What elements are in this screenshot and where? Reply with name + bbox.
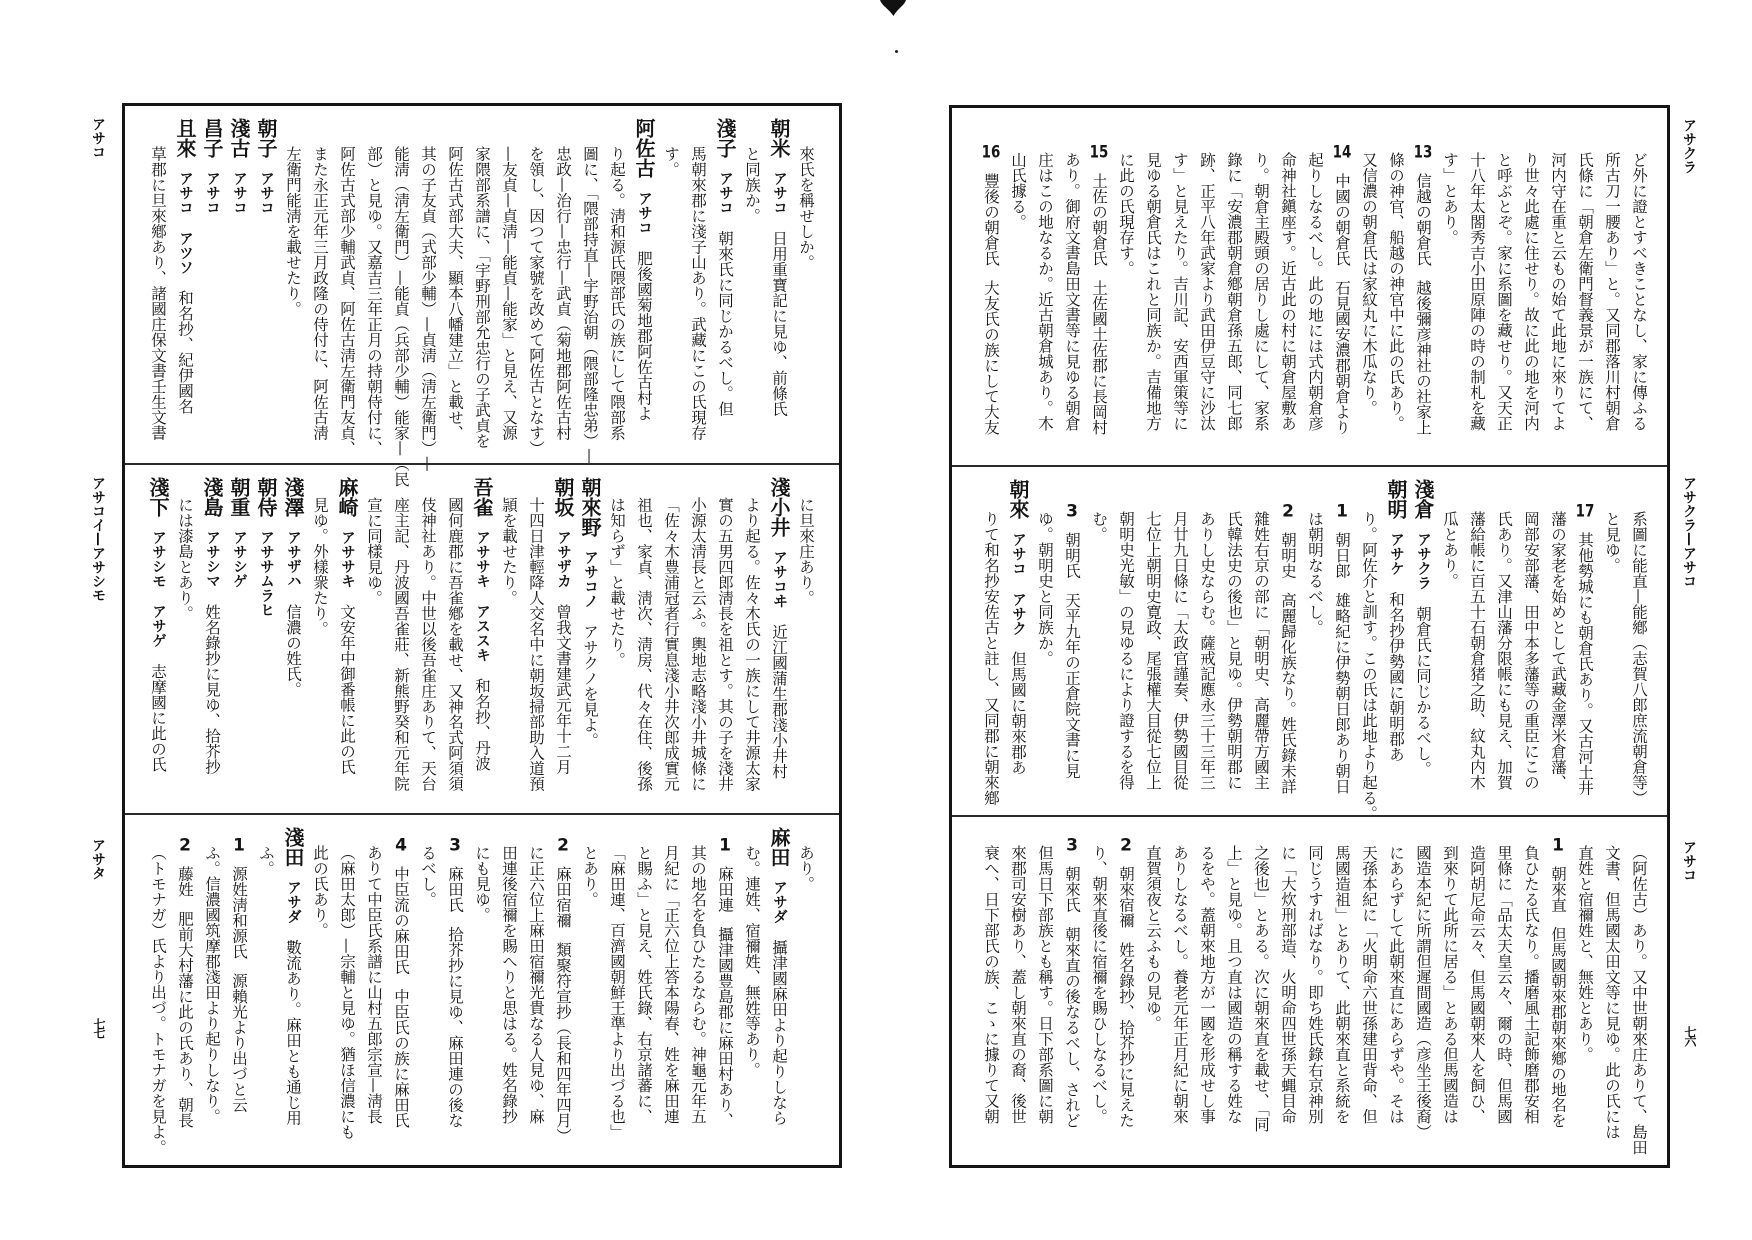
body-text: 土佐國土佐郡に長岡村 [1090,280,1108,435]
right-page-frame: ど外に證とすべきことなし、家に傳ふる所古刀一腰あり」と。又同郡落川村朝倉氏條に「… [949,105,1670,1168]
body-text: 源賴光より出づと云 [230,973,248,1113]
sub-entry-column: 17其他勢城にも朝倉氏あり。又古河土井 [1571,467,1598,815]
text-column: 氏あり。又津山藩分限帳にも見え、加賀 [1490,467,1517,815]
sub-entry-heading: 信越の朝倉氏 [1414,173,1432,266]
sub-entry-heading: 源姓淸和源氏 [230,866,248,959]
text-column: り。阿佐介と訓す。この氏は此地より起る。 [1355,467,1382,815]
body-text: 日用重寶記に見ゆ、前條氏 [770,231,788,417]
sub-entry-number: 1 [715,837,735,854]
body-text: 部）と見ゆ。又嘉吉三年正月の持朝侍付に、 [365,146,383,456]
text-column: 藩の家老を始めとして武藏金澤米倉藩、 [1544,467,1571,815]
text-column: また永正元年三月政隆の侍付に、阿佐古淸 [306,106,333,463]
text-column: るをや。蓋朝來地方が一國を形成せし事 [1193,817,1220,1165]
sub-entry-heading: 朝來氏 [1063,866,1081,913]
body-text: 負ひたる氏なり。播磨風土記飾磨郡安相 [1522,845,1540,1124]
text-column: 田連後宿禰を賜へりと思はる。姓名錄抄 [495,815,522,1165]
right-margin-label-top: アサクラ [1679,118,1699,174]
body-text: より起る。佐々木氏の一族にして井源太家 [743,497,761,792]
entry-reading: アササキ [339,530,355,588]
body-text: 雄略紀に伊勢朝日郎あり朝日 [1333,593,1351,795]
body-text: るべし。 [419,845,437,907]
text-column: と見ゆ。 [1598,467,1625,815]
body-text: 頴を載せたり。 [500,497,518,606]
body-text: 但馬國に朝來郡あ [1009,651,1027,775]
body-text: 系圖に能直—能鄕（志賀八郎庶流朝倉等） [1630,511,1648,806]
body-text: 座主記、丹波國吾雀莊、新熊野癸和元年院 [392,497,410,792]
entry-column: 朝明アサケ和名抄伊勢國に朝明郡あ [1382,467,1409,815]
sub-entry-column: 1源姓淸和源氏源賴光より出づと云 [225,815,252,1165]
body-text: また永正元年三月政隆の侍付に、阿佐古淸 [311,146,329,441]
column-flow: ど外に證とすべきことなし、家に傳ふる所古刀一腰あり」と。又同郡落川村朝倉氏條に「… [952,108,1667,465]
body-text: 攝津國豊島郡に麻田村あり、 [716,927,734,1129]
sub-entry-number: 15 [1089,144,1109,161]
entry-column: 朝來アサコアサク但馬國に朝來郡あ [1004,467,1031,815]
entry-column: 淺澤アサザハ信濃の姓氏。 [279,465,306,813]
sub-entry-column: 3朝明氏天平九年の正倉院文書に見 [1058,467,1085,815]
text-column: 同じうすればなり。即ち姓氏錄右京神別 [1301,817,1328,1165]
entry-headword: 朝重 [227,477,251,517]
entry-headword: 朝明 [1384,479,1408,519]
body-text: にも見ゆ。 [473,845,491,923]
text-column: 庄はこの地なるか。近古朝倉城あり。木 [1031,108,1058,465]
text-column: 里條に「品太天皇云々、爾の時、但馬國 [1490,817,1517,1165]
body-text: 上」と見ゆ。且つ直は國造の稱する姓な [1225,845,1243,1124]
text-column: 系圖に能直—能鄕（志賀八郎庶流朝倉等） [1625,467,1652,815]
entry-headword: 朝侍 [254,477,278,517]
text-column: 部）と見ゆ。又嘉吉三年正月の持朝侍付に、 [360,106,387,463]
text-column: 所古刀一腰あり」と。又同郡落川村朝倉 [1598,108,1625,465]
sub-entry-heading: 中國の朝倉氏 [1333,173,1351,266]
sub-entry-number: 3 [1062,837,1082,854]
body-text: 祖也、家貞、淸次、淸房、代々在住、後孫 [635,497,653,792]
entry-reading: アサシモ [150,530,166,588]
entry-column: 朝侍アササムラヒ [252,465,279,813]
text-column: と同族か。 [738,106,765,463]
sub-entry-column: 2朝來宿禰姓名錄抄、拾芥抄に見えた [1112,817,1139,1165]
body-text: す」とあり。 [1441,152,1459,245]
sub-entry-number: 16 [981,144,1001,161]
text-column: と呼ぶとぞ。家に系圖を藏せり。又天正 [1490,108,1517,465]
body-text: 見ゆ。外樣衆たり。 [311,497,329,637]
body-text: 朝來氏に同じかるべし。但 [716,231,734,417]
entry-reading: アサザカ [555,530,571,588]
body-text: 「麻田連、百濟國朝鮮王準より出づる也」 [608,845,626,1140]
entry-reading: アサザハ [285,530,301,588]
body-text: りて和名抄安佐古と註し、又同郡に朝來鄕 [982,511,1000,806]
entry-column: 淺小井アサコヰ近江國蒲生郡淺小井村 [765,465,792,813]
entry-reading: アサコ [771,171,787,215]
entry-headword: 阿佐古 [632,118,656,178]
entry-reading: アススキ [474,604,490,662]
body-text: 其の子友貞（式部少輔）—貞淸（淸左衛門）— [419,146,437,472]
text-column: を領し、因つて家號を改めて阿佐古となす） [522,106,549,463]
body-text: 能淸（淸左衛門）—能貞（兵部少輔）能家—（民 [392,146,410,487]
entry-column: 麻田アサダ攝津國麻田より起りしなら [765,815,792,1165]
body-text: 之後也」とある。次に朝來直を載せ、「同 [1252,845,1270,1132]
body-text: と見ゆ。 [1603,511,1621,573]
text-column: は知らず」と載せたり。 [603,465,630,813]
text-column: 座主記、丹波國吾雀莊、新熊野癸和元年院 [387,465,414,813]
text-column: 造阿胡尼命云々、但馬國朝來人を飼ひ、 [1463,817,1490,1165]
body-text: 天孫本紀に「火明命六世孫建田背命、但 [1360,845,1378,1124]
text-column: 實の五男四郎淸長を祖とす。其の子を淺井 [711,465,738,813]
text-column: （阿佐古）あり。又中世朝來庄ありて、島田 [1625,817,1652,1165]
body-text: 宣に同樣見ゆ。 [365,497,383,606]
body-text: 同じうすればなり。即ち姓氏錄右京神別 [1306,845,1324,1124]
text-column: 其の地名を負ひたるならむ。神龜元年五 [684,815,711,1165]
right-margin-label-middle: アサクラ—アサコ [1679,476,1699,588]
entry-column: 吾雀アササキアススキ和名抄、丹波 [468,465,495,813]
body-text: 氏條に「朝倉左衛門督義景が一族にて、 [1576,152,1594,431]
text-column: 岡部安部藩、田中本多藩等の重臣にこの [1517,467,1544,815]
entry-column: 朝子アサコ [252,106,279,463]
body-text: 見ゆる朝倉氏はこれと同族か。吉備地方 [1144,152,1162,431]
text-column: より起る。佐々木氏の一族にして井源太家 [738,465,765,813]
text-column: ありて中臣氏系譜に山村五郎宗宣—淸長 [360,815,387,1165]
sub-entry-number: 2 [553,837,573,854]
body-text: 肥前大村藩に此の氏あり、朝長 [176,911,194,1128]
body-text: あり。 [797,845,815,892]
text-column: 十四日津輕降人交名中に朝坂掃部助入道預 [522,465,549,813]
text-column: 忠政—治行—忠行—武貞（菊地郡阿佐古村 [549,106,576,463]
body-text: す。 [662,146,680,177]
body-text: り世々此處に住せり。故に此の地を河内 [1522,152,1540,431]
text-column: 上」と見ゆ。且つ直は國造の稱する姓な [1220,817,1247,1165]
right-section-top: ど外に證とすべきことなし、家に傳ふる所古刀一腰あり」と。又同郡落川村朝倉氏條に「… [952,108,1667,465]
text-column: り起る。淸和源氏隈部氏の族にして隈部系 [603,106,630,463]
text-column: ど外に證とすべきことなし、家に傳ふる [1625,108,1652,465]
body-text: り起る。淸和源氏隈部氏の族にして隈部系 [608,146,626,441]
sub-entry-heading: 朝明氏 [1063,532,1081,579]
text-column: 月廿九日條に「太政官謹奏、伊勢國目從 [1166,467,1193,815]
body-text: 和名抄伊勢國に朝明郡あ [1387,592,1405,763]
text-column: 氏韓法史の後也」と見ゆ。伊勢朝明郡に [1220,467,1247,815]
body-text: 山氏據る。 [1009,152,1027,230]
entry-column: 淺子アサコ朝來氏に同じかるべし。但 [711,106,738,463]
text-column: にあらずして此朝來直にあらずや。そは [1382,817,1409,1165]
column-flow: 來氏を稱せしか。朝米アサコ日用重寶記に見ゆ、前條氏と同族か。淺子アサコ朝來氏に同… [125,106,839,463]
text-column: 家隈部系譜に、「宇野刑部允忠行の子武貞を [468,106,495,463]
entry-column: 阿佐古アサコ肥後國菊地郡阿佐古村よ [630,106,657,463]
entry-column: 朝來野アサコノアサクノを見よ。 [576,465,603,813]
entry-headword: 朝來野 [578,477,602,537]
body-text: 朝來直の後なるべし、されど [1063,927,1081,1129]
text-column: に旦來庄あり。 [792,465,819,813]
sub-entry-number: 17 [1575,503,1595,520]
body-text: 直賀須夜と云ふもの見ゆ。 [1144,845,1162,1031]
sub-entry-number: 14 [1332,144,1352,161]
text-column: 此の氏あり。 [306,815,333,1165]
body-text: 所古刀一腰あり」と。又同郡落川村朝倉 [1603,152,1621,431]
body-text: 伎神社あり。中世以後吾雀庄ありて、天台 [419,497,437,792]
body-text: 造阿胡尼命云々、但馬國朝來人を飼ひ、 [1468,845,1486,1124]
text-column: む。 [1085,467,1112,815]
sub-entry-column: 1朝來直但馬國朝來郡朝來鄕の地名を [1544,817,1571,1165]
body-text: 氏韓法史の後也」と見ゆ。伊勢朝明郡に [1225,511,1243,790]
entry-headword: 麻崎 [335,477,359,517]
text-column: 阿佐古式部少輔武貞、阿佐古淸左衛門友貞、 [333,106,360,463]
text-column: り世々此處に住せり。故に此の地を河内 [1517,108,1544,465]
column-flow: 系圖に能直—能鄕（志賀八郎庶流朝倉等）と見ゆ。17其他勢城にも朝倉氏あり。又古河… [952,467,1667,815]
body-text: 姓名錄抄、拾芥抄に見えた [1117,942,1135,1128]
column-flow: に旦來庄あり。淺小井アサコヰ近江國蒲生郡淺小井村より起る。佐々木氏の一族にして井… [125,465,839,813]
body-text: あり。御府文書島田文書等に見ゆる朝倉 [1063,152,1081,431]
entry-reading: アサクラ [1415,532,1431,590]
sub-entry-column: 2藤姓肥前大村藩に此の氏あり、朝長 [171,815,198,1165]
body-text: 大友氏の族にして大友 [982,280,1000,435]
text-column: 馬朝來郡に淺子山あり。武藏にこの氏現存 [684,106,711,463]
text-column: には漆島とあり。 [171,465,198,813]
body-text: む。 [1090,511,1108,542]
body-text: 中臣氏の族に麻田氏 [392,989,410,1129]
entry-column: 麻崎アササキ文安年中御番帳に此の氏 [333,465,360,813]
entry-reading: アササムラヒ [258,530,274,617]
entry-column: 淺下アサシモアサゲ志摩國に此の氏 [144,465,171,813]
right-page-number: 七六 [1682,1026,1698,1044]
body-text: 實の五男四郎淸長を祖とす。其の子を淺井 [716,497,734,792]
body-text: 朝倉氏に同じかるべし。 [1414,606,1432,777]
entry-reading: アサコ [231,171,247,215]
text-column: 直姓と宿禰姓と、無姓とあり。 [1571,817,1598,1165]
text-column: 七位上朝明史寛政、尾張權大目從七位上 [1139,467,1166,815]
body-text: 近江國蒲生郡淺小井村 [770,624,788,779]
entry-headword: 且來 [173,118,197,158]
text-column: 草郡に旦來鄕あり、諸國庄保文書壬生文書 [144,106,171,463]
text-column: （トモナガ）氏より出づ。トモナガを見よ。 [144,815,171,1165]
body-text: 其他勢城にも朝倉氏あり。又古河土井 [1576,532,1594,796]
body-text: に此の氏現存す。 [1117,152,1135,276]
body-text: 家隈部系譜に、「宇野刑部允忠行の子武貞を [473,146,491,448]
text-column: るべし。 [414,815,441,1165]
body-text: 來郡司安樹あり、蓋し朝來直の裔、後世 [1009,845,1027,1124]
body-text: 石見國安濃郡朝倉より [1333,280,1351,435]
entry-reading: アサダ [285,880,301,924]
body-text: 馬國造祖」とありて、此朝來直と系統を [1333,845,1351,1124]
entry-column: 昌子アサコ [198,106,225,463]
body-text: 天平九年の正倉院文書に見 [1063,593,1081,779]
body-text: と呼ぶとぞ。家に系圖を藏せり。又天正 [1495,152,1513,431]
sub-entry-column: 14中國の朝倉氏石見國安濃郡朝倉より [1328,108,1355,465]
body-text: 「佐々木豊浦冠者行實息淺小井次郎成實元 [662,497,680,792]
column-flow: あり。麻田アサダ攝津國麻田より起りしならむ。連姓、宿禰姓、無姓等あり。1麻田連攝… [125,815,839,1165]
text-column: 負ひたる氏なり。播磨風土記飾磨郡安相 [1517,817,1544,1165]
body-text: 文安年中御番帳に此の氏 [338,604,356,775]
column-flow: （阿佐古）あり。又中世朝來庄ありて、島田文書、但馬國太田文等に見ゆ。此の氏には直… [952,817,1667,1165]
entry-headword: 淺小井 [767,477,791,537]
text-column: 條の神官、船越の神官中に此の氏あり。 [1382,108,1409,465]
text-column: ふ。信濃國筑摩郡淺田より起りしなり。 [198,815,225,1165]
body-text: に「大炊刑部造、火明命四世孫天蝿目命 [1279,845,1297,1124]
text-column: 但馬日下部族とも稱す。日下部系圖に朝 [1031,817,1058,1165]
body-text: 越後彌彦神社の社家上 [1414,280,1432,435]
text-column: 起りしなるべし。此の地には式内朝倉彦 [1301,108,1328,465]
left-section-bottom: あり。麻田アサダ攝津國麻田より起りしならむ。連姓、宿禰姓、無姓等あり。1麻田連攝… [125,813,839,1165]
sub-entry-heading: 麻田氏 [446,866,464,913]
text-column: あり。御府文書島田文書等に見ゆる朝倉 [1058,108,1085,465]
sub-entry-heading: 朝日郎 [1333,532,1351,579]
body-text: 數流あり。麻田とも通じ用 [284,940,302,1126]
body-text: 七位上朝明史寛政、尾張權大目從七位上 [1144,511,1162,790]
text-column: り。朝倉主殿頭の居りし處にして、家系 [1247,108,1274,465]
entry-column: 朝重アサシゲ [225,465,252,813]
entry-headword: 淺下 [146,477,170,517]
body-text: 肥後國菊地郡阿佐古村よ [635,251,653,422]
entry-reading: アサシゲ [231,530,247,588]
entry-headword: 淺古 [227,118,251,158]
body-text: 錄に「安濃郡朝倉鄕朝倉孫五郎、同七郎 [1225,152,1243,431]
text-column: 左衛門能淸を載せたり。 [279,106,306,463]
body-text: 朝明史光敏」の見ゆるにより證するを得 [1117,511,1135,790]
body-text: 信濃の姓氏。 [284,604,302,697]
sub-entry-column: 3朝來氏朝來直の後なるべし、されど [1058,817,1085,1165]
body-text: 河内守在重と云もの始て此地に來りてよ [1549,152,1567,431]
entry-column: 淺古アサコ [225,106,252,463]
text-column: す」と見えたり。吉川記、安西軍策等に [1166,108,1193,465]
sub-entry-column: 2朝明史高麗歸化族なり。姓氏錄未詳 [1274,467,1301,815]
sub-entry-column: 15土佐の朝倉氏土佐國土佐郡に長岡村 [1085,108,1112,465]
body-text: 十八年太閤秀吉小田原陣の時の制札を藏 [1468,152,1486,431]
left-page-number: 七七 [91,1018,107,1036]
text-column: 其の子友貞（式部少輔）—貞淸（淸左衛門）— [414,106,441,463]
body-text: 忠政—治行—忠行—武貞（菊地郡阿佐古村 [554,146,572,441]
body-text: 曾我文書建武元年十二月 [554,604,572,775]
body-text: 志摩國に此の氏 [149,664,167,773]
sub-entry-number: 2 [1278,503,1298,520]
sub-entry-column: 1麻田連攝津國豊島郡に麻田村あり、 [711,815,738,1165]
entry-reading: アサコ [717,171,733,215]
body-text: ありて中臣氏系譜に山村五郎宗宣—淸長 [365,845,383,1124]
entry-reading: アサク [1010,592,1026,636]
body-text: ゆ。朝明史と同族か。 [1036,511,1054,666]
right-margin-label-bottom: アサコ [1679,840,1699,882]
text-column: 宣に同樣見ゆ。 [360,465,387,813]
entry-headword: 麻田 [767,827,791,867]
text-column: 馬國造祖」とありて、此朝來直と系統を [1328,817,1355,1165]
top-center-mark-icon [878,0,908,18]
body-text: 草郡に旦來鄕あり、諸國庄保文書壬生文書 [149,146,167,441]
text-column: （麻田太郎）—宗輔と見ゆ。猶ほ信濃にも [333,815,360,1165]
text-column: りて和名抄安佐古と註し、又同郡に朝來鄕 [977,467,1004,815]
body-text: 阿佐古式部少輔武貞、阿佐古淸左衛門友貞、 [338,146,356,456]
entry-column: 淺島アサシマ姓名錄抄に見ゆ、拾芥抄 [198,465,225,813]
body-text: 拾芥抄に見ゆ、麻田連の後な [446,927,464,1129]
text-column: 山氏據る。 [1004,108,1031,465]
body-text: に旦來庄あり。 [797,497,815,606]
body-text: 衰へ、日下部氏の族、こゝに據りて又朝 [982,845,1000,1124]
text-column: は朝明なるべし。 [1301,467,1328,815]
text-column: 文書、但馬國太田文等に見ゆ。此の氏には [1598,817,1625,1165]
entry-headword: 朝米 [767,118,791,158]
body-text: 直姓と宿禰姓と、無姓とあり。 [1576,845,1594,1062]
entry-reading: アサコノ [582,550,598,608]
text-column: 錄に「安濃郡朝倉鄕朝倉孫五郎、同七郎 [1220,108,1247,465]
text-column: とあり。 [576,815,603,1165]
text-column: 到來りて此所に居る」とある但馬國造は [1436,817,1463,1165]
body-text: ふ。 [257,845,275,876]
text-column: り、朝來直後に宿禰を賜ひしなるべし。 [1085,817,1112,1165]
body-text: 條の神官、船越の神官中に此の氏あり。 [1387,152,1405,431]
right-section-bottom: （阿佐古）あり。又中世朝來庄ありて、島田文書、但馬國太田文等に見ゆ。此の氏には直… [952,815,1667,1165]
text-column: 月紀に「正六位上答本陽春、姓を麻田連 [657,815,684,1165]
body-text: ありし史ならむ。薩戒記應永三十三年三 [1198,511,1216,790]
entry-column: 且來アサコアツソ和名抄、紀伊國名 [171,106,198,463]
body-text: 此の氏あり。 [311,845,329,938]
body-text: 圖に、「隈部持直—宇野治朝（隈部隆忠弟）— [581,146,599,464]
body-text: アサクノを見よ。 [581,624,599,748]
body-text: 岡部安部藩、田中本多藩等の重臣にこの [1522,511,1540,790]
body-text: 又信濃の朝倉氏は家紋丸に木瓜なり。 [1360,152,1378,416]
body-text: （麻田太郎）—宗輔と見ゆ。猶ほ信濃にも [338,845,356,1140]
text-column: —友貞—貞淸—能貞—能家」と見え、又源 [495,106,522,463]
entry-column: 朝坂アサザカ曾我文書建武元年十二月 [549,465,576,813]
text-column: 命神社鎭座す。近古此の村に朝倉屋敷あ [1274,108,1301,465]
entry-reading: アツソ [177,231,193,275]
sub-entry-number: 13 [1413,144,1433,161]
entry-reading: アサダ [771,880,787,924]
text-column: 十八年太閤秀吉小田原陣の時の制札を藏 [1463,108,1490,465]
text-column: 河内守在重と云もの始て此地に來りてよ [1544,108,1571,465]
body-text: 其の地名を負ひたるならむ。神龜元年五 [689,845,707,1124]
text-column: 雜姓右京の部に「朝明史、高麗帶方國主 [1247,467,1274,815]
text-column: 祖也、家貞、淸次、淸房、代々在住、後孫 [630,465,657,813]
sub-entry-column: 13信越の朝倉氏越後彌彦神社の社家上 [1409,108,1436,465]
left-margin-label-middle: アサコイ—アサシモ [88,476,108,602]
sub-entry-heading: 朝來宿禰 [1117,866,1135,928]
body-text: 起りしなるべし。此の地には式内朝倉彦 [1306,152,1324,431]
text-column: 國何鹿郡に吾雀鄕を載せ、又神名式阿須須 [441,465,468,813]
text-column: ゆ。朝明史と同族か。 [1031,467,1058,815]
sub-entry-number: 4 [391,837,411,854]
text-column: 阿佐古式部大夫、顯本八幡建立」と載せ、 [441,106,468,463]
sub-entry-heading: 麻田連 [716,866,734,913]
entry-headword: 朝來 [1006,479,1030,519]
text-column: 伎神社あり。中世以後吾雀庄ありて、天台 [414,465,441,813]
body-text: り。朝倉主殿頭の居りし處にして、家系 [1252,152,1270,431]
text-column: 又信濃の朝倉氏は家紋丸に木瓜なり。 [1355,108,1382,465]
body-text: り、朝來直後に宿禰を賜ひしなるべし。 [1090,845,1108,1124]
text-column: ありし史ならむ。薩戒記應永三十三年三 [1193,467,1220,815]
sub-entry-number: 2 [1116,837,1136,854]
text-column: ありしなるべし。養老元年正月紀に朝來 [1166,817,1193,1165]
body-text: と同族か。 [743,146,761,224]
sub-entry-number: 2 [175,837,195,854]
sub-entry-column: 1朝日郎雄略紀に伊勢朝日郎あり朝日 [1328,467,1355,815]
body-text: と賜ふ」と見え、姓氏錄、右京諸蕃に、 [635,845,653,1124]
entry-headword: 吾雀 [470,477,494,517]
entry-headword: 朝子 [254,118,278,158]
entry-headword: 淺田 [281,827,305,867]
text-column: に「大炊刑部造、火明命四世孫天蝿目命 [1274,817,1301,1165]
text-column: 來郡司安樹あり、蓋し朝來直の裔、後世 [1004,817,1031,1165]
body-text: 高麗歸化族なり。姓氏錄未詳 [1279,593,1297,795]
body-text: 庄はこの地なるか。近古朝倉城あり。木 [1036,152,1054,431]
sub-entry-heading: 豐後の朝倉氏 [982,173,1000,266]
body-text: り。阿佐介と訓す。この氏は此地より起る。 [1360,511,1378,821]
body-text: るをや。蓋朝來地方が一國を形成せし事 [1198,845,1216,1124]
entry-reading: アサゲ [150,604,166,648]
body-text: 和名抄、紀伊國名 [176,290,194,414]
sub-entry-number: 1 [1332,503,1352,520]
body-text: に正六位上麻田宿禰光貴なる人見ゆ、麻 [527,845,545,1124]
text-column: 朝明史光敏」の見ゆるにより證するを得 [1112,467,1139,815]
entry-headword: 昌子 [200,118,224,158]
body-text: 左衛門能淸を載せたり。 [284,146,302,317]
text-column: 「佐々木豊浦冠者行實息淺小井次郎成實元 [657,465,684,813]
text-column: 衰へ、日下部氏の族、こゝに據りて又朝 [977,817,1004,1165]
right-section-middle: 系圖に能直—能鄕（志賀八郎庶流朝倉等）と見ゆ。17其他勢城にも朝倉氏あり。又古河… [952,465,1667,815]
sub-entry-heading: 土佐の朝倉氏 [1090,173,1108,266]
left-margin-label-top: アサコ [88,117,108,159]
